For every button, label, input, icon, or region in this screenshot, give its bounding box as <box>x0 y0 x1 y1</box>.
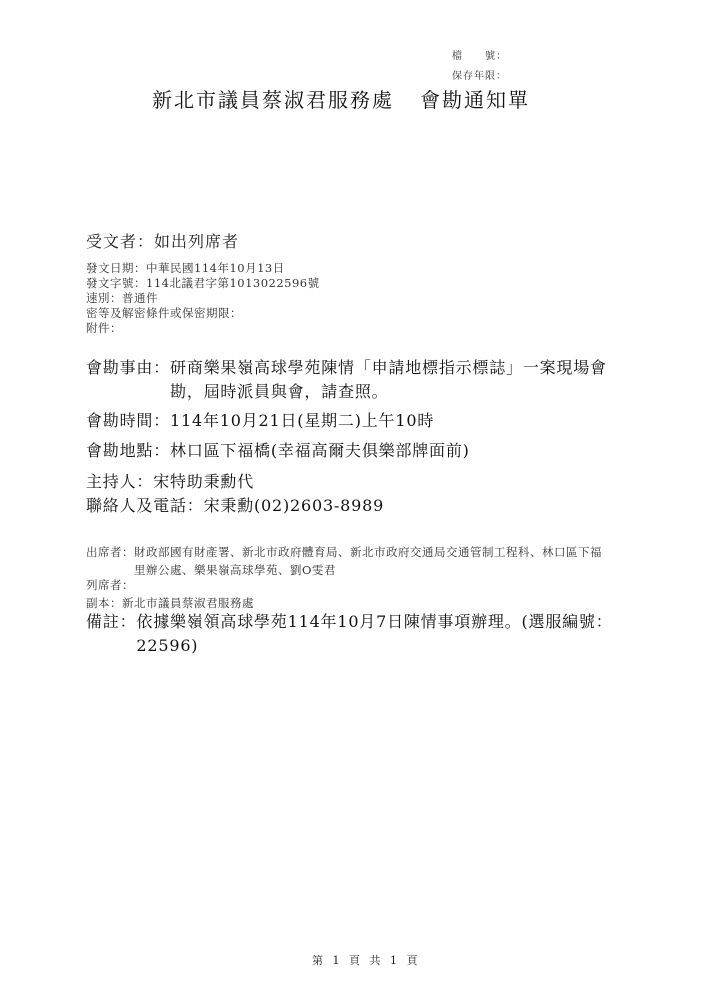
office-name: 新北市議員蔡淑君服務處 <box>152 88 394 112</box>
inspection-location-label: 會勘地點： <box>86 441 170 460</box>
copy-to: 副本：新北市議員蔡淑君服務處 <box>86 596 254 611</box>
copy-label: 副本： <box>86 596 122 610</box>
attendees: 出席者： 財政部國有財產署、新北市政府體育局、新北市政府交通局交通管制工程科、林… <box>86 543 606 579</box>
issue-date: 發文日期：中華民國114年10月13日 <box>86 261 320 276</box>
observers-label: 列席者： <box>86 578 134 592</box>
remarks-value: 依據樂嶺領高球學苑114年10月7日陳情事項辦理。(選服編號：22596) <box>136 610 616 658</box>
recipient-value: 如出列席者 <box>154 232 239 251</box>
delivery-speed: 速別：普通件 <box>86 291 320 306</box>
inspection-time-value: 114年10月21日(星期二)上午10時 <box>170 411 434 430</box>
document-title: 新北市議員蔡淑君服務處會勘通知單 <box>152 84 530 113</box>
inspection-time: 會勘時間：114年10月21日(星期二)上午10時 <box>86 409 434 433</box>
remarks-label: 備註： <box>86 610 136 658</box>
inspection-location-value: 林口區下福橋(幸福高爾夫俱樂部牌面前) <box>170 441 470 460</box>
contact-label: 聯絡人及電話： <box>86 496 204 515</box>
attachments: 附件： <box>86 321 320 336</box>
copy-value: 新北市議員蔡淑君服務處 <box>122 596 254 610</box>
inspection-location: 會勘地點：林口區下福橋(幸福高爾夫俱樂部牌面前) <box>86 439 470 463</box>
contact-value: 宋秉勳(02)2603-8989 <box>204 496 385 515</box>
attendees-value: 財政部國有財產署、新北市政府體育局、新北市政府交通局交通管制工程科、林口區下福里… <box>134 543 606 579</box>
host: 主持人：宋特助秉勳代 <box>86 470 254 494</box>
inspection-reason: 會勘事由： 研商樂果嶺高球學苑陳情「申請地標指示標誌」一案現場會勘，屆時派員與會… <box>86 356 626 404</box>
remarks: 備註： 依據樂嶺領高球學苑114年10月7日陳情事項辦理。(選服編號：22596… <box>86 610 616 658</box>
recipient-label: 受文者： <box>86 232 154 251</box>
issue-info-block: 發文日期：中華民國114年10月13日 發文字號：114北議君字第1013022… <box>86 261 320 336</box>
inspection-reason-label: 會勘事由： <box>86 356 170 404</box>
contact: 聯絡人及電話：宋秉勳(02)2603-8989 <box>86 494 384 518</box>
host-label: 主持人： <box>86 472 153 491</box>
host-value: 宋特助秉勳代 <box>153 472 254 491</box>
inspection-time-label: 會勘時間： <box>86 411 170 430</box>
page-number: 第 1 頁 共 1 頁 <box>312 952 420 968</box>
document-type: 會勘通知單 <box>420 88 530 112</box>
issue-number: 發文字號：114北議君字第1013022596號 <box>86 276 320 291</box>
secrecy-level: 密等及解密條件或保密期限： <box>86 306 320 321</box>
retention-period-label: 保存年限： <box>452 67 507 82</box>
file-number-label: 檔 號： <box>452 47 507 62</box>
recipient-line: 受文者：如出列席者 <box>86 229 239 252</box>
observers: 列席者： <box>86 578 134 593</box>
attendees-label: 出席者： <box>86 543 134 579</box>
inspection-reason-value: 研商樂果嶺高球學苑陳情「申請地標指示標誌」一案現場會勘，屆時派員與會，請查照。 <box>170 356 626 404</box>
